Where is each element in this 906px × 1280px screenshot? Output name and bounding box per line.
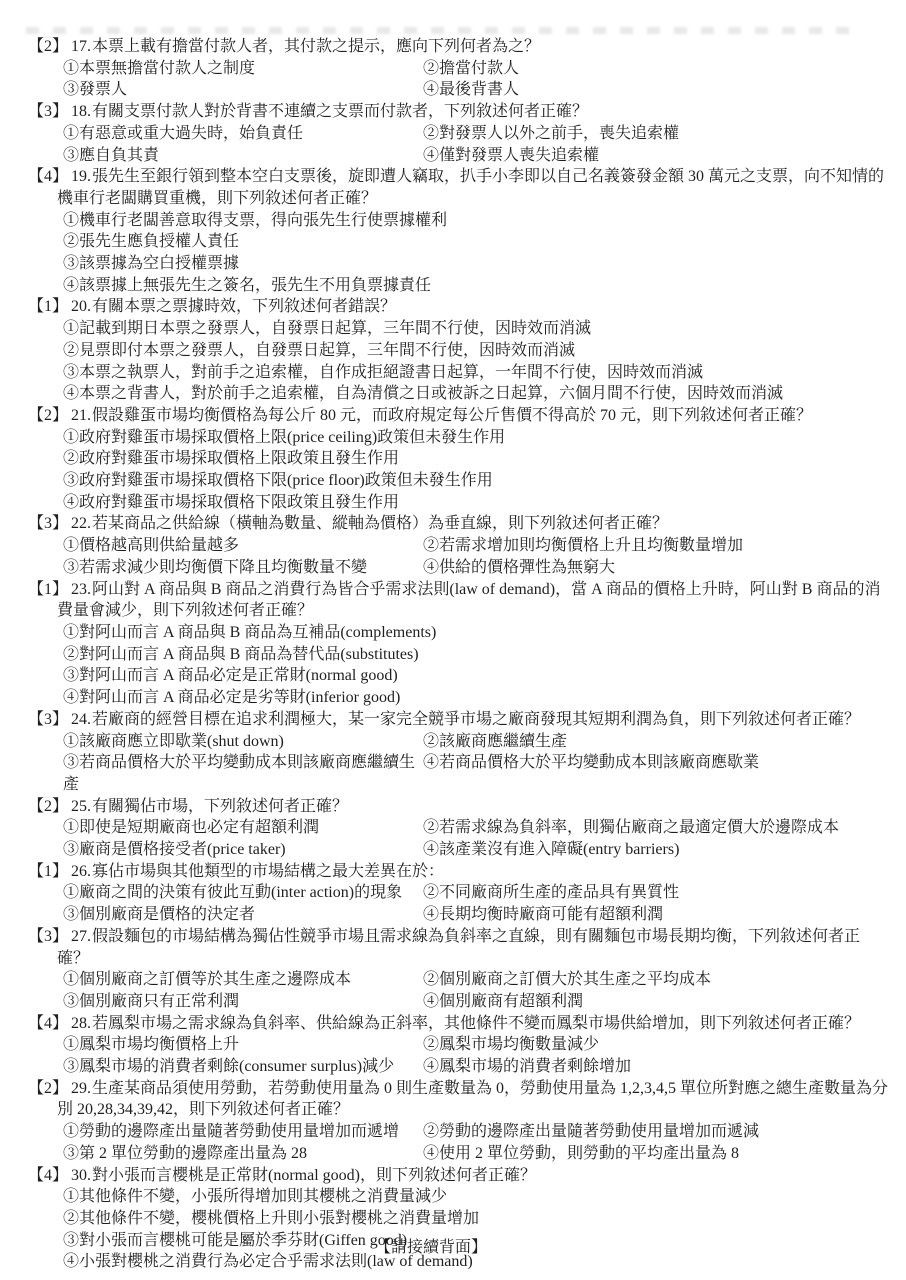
option: ④對阿山而言 A 商品必定是劣等財(inferior good): [63, 687, 400, 709]
question-number: 22.: [71, 515, 91, 532]
question-head: 【3】27.假設麵包的市場結構為獨佔性競爭市場且需求線為負斜率之直線，則有關麵包…: [28, 926, 890, 969]
option: ①鳳梨市場均衡價格上升: [63, 1034, 423, 1056]
option: ④該產業沒有進入障礙(entry barriers): [423, 839, 679, 861]
question-block: 【3】27.假設麵包的市場結構為獨佔性競爭市場且需求線為負斜率之直線，則有關麵包…: [28, 926, 890, 1013]
question-block: 【4】19.張先生至銀行領到整本空白支票後，旋即遭人竊取，扒手小李即以自己名義簽…: [28, 166, 890, 296]
option-row: ③政府對雞蛋市場採取價格下限(price floor)政策但未發生作用: [28, 470, 890, 492]
answer-key: 【2】: [28, 798, 68, 815]
question-text: 對小張而言櫻桃是正常財(normal good)，則下列敘述何者正確？: [92, 1167, 536, 1184]
question-number: 28.: [71, 1015, 91, 1032]
footer-note: 【請接續背面】: [0, 1237, 884, 1259]
option: ①本票無擔當付款人之制度: [63, 58, 423, 80]
option: ②對發票人以外之前手，喪失追索權: [423, 123, 679, 145]
question-text: 假設雞蛋市場均衡價格為每公斤 80 元，而政府規定每公斤售價不得高於 70 元，…: [92, 407, 812, 424]
question-block: 【2】25.有關獨佔市場，下列敘述何者正確？①即使是短期廠商也必定有超額利潤②若…: [28, 796, 890, 861]
question-text: 若鳳梨市場之需求線為負斜率、供給線為正斜率，其他條件不變而鳳梨市場供給增加，則下…: [92, 1015, 860, 1032]
option: ④該票據上無張先生之簽名，張先生不用負票據責任: [63, 275, 431, 297]
option-row: ③廠商是價格接受者(price taker)④該產業沒有進入障礙(entry b…: [28, 839, 890, 861]
option: ②其他條件不變，櫻桃價格上升則小張對櫻桃之消費量增加: [63, 1208, 479, 1230]
question-number: 19.: [71, 168, 91, 185]
scan-artifact: [26, 27, 856, 34]
option-row: ①政府對雞蛋市場採取價格上限(price ceiling)政策但未發生作用: [28, 427, 890, 449]
question-block: 【1】26.寡佔市場與其他類型的市場結構之最大差異在於：①廠商之間的決策有彼此互…: [28, 861, 890, 926]
question-number: 29.: [71, 1080, 91, 1097]
question-text: 本票上載有擔當付款人者，其付款之提示，應向下列何者為之？: [92, 38, 540, 55]
question-head: 【4】19.張先生至銀行領到整本空白支票後，旋即遭人竊取，扒手小李即以自己名義簽…: [28, 166, 890, 209]
option: ③對阿山而言 A 商品必定是正常財(normal good): [63, 665, 398, 687]
option: ③本票之執票人，對前手之追索權，自作成拒絕證書日起算，一年間不行使，因時效而消滅: [63, 362, 703, 384]
option: ①政府對雞蛋市場採取價格上限(price ceiling)政策但未發生作用: [63, 427, 505, 449]
option: ④本票之背書人，對於前手之追索權，自為清償之日或被訴之日起算，六個月間不行使，因…: [63, 383, 783, 405]
question-number: 23.: [71, 581, 91, 598]
question-head: 【3】24.若廠商的經營目標在追求利潤極大，某一家完全競爭市場之廠商發現其短期利…: [28, 709, 890, 731]
option: ②政府對雞蛋市場採取價格上限政策且發生作用: [63, 448, 399, 470]
question-head: 【3】18.有關支票付款人對於背書不連續之支票而付款者，下列敘述何者正確？: [28, 101, 890, 123]
option-row: ①鳳梨市場均衡價格上升②鳳梨市場均衡數量減少: [28, 1034, 890, 1056]
option-row: ④政府對雞蛋市場採取價格下限政策且發生作用: [28, 492, 890, 514]
question-number: 30.: [71, 1167, 91, 1184]
option: ④若商品價格大於平均變動成本則該廠商應歇業: [423, 752, 759, 774]
question-text: 有關支票付款人對於背書不連續之支票而付款者，下列敘述何者正確？: [92, 103, 588, 120]
question-head: 【4】28.若鳳梨市場之需求線為負斜率、供給線為正斜率，其他條件不變而鳳梨市場供…: [28, 1013, 890, 1035]
option: ③該票據為空白授權票據: [63, 253, 239, 275]
option: ④最後背書人: [423, 79, 519, 101]
option-row: ③對阿山而言 A 商品必定是正常財(normal good): [28, 665, 890, 687]
option: ③第 2 單位勞動的邊際產出量為 28: [63, 1143, 423, 1165]
option: ①對阿山而言 A 商品與 B 商品為互補品(complements): [63, 622, 436, 644]
question-block: 【1】20.有關本票之票據時效，下列敘述何者錯誤？①記載到期日本票之發票人，自發…: [28, 296, 890, 405]
option-row: ④本票之背書人，對於前手之追索權，自為清償之日或被訴之日起算，六個月間不行使，因…: [28, 383, 890, 405]
option-row: ②其他條件不變，櫻桃價格上升則小張對櫻桃之消費量增加: [28, 1208, 890, 1230]
answer-key: 【1】: [28, 298, 68, 315]
option: ③個別廠商只有正常利潤: [63, 991, 423, 1013]
question-head: 【1】23.阿山對 A 商品與 B 商品之消費行為皆合乎需求法則(law of …: [28, 579, 890, 622]
question-block: 【2】29.生產某商品須使用勞動，若勞動使用量為 0 則生產數量為 0，勞動使用…: [28, 1078, 890, 1165]
option-row: ④該票據上無張先生之簽名，張先生不用負票據責任: [28, 275, 890, 297]
option-row: ①機車行老闆善意取得支票，得向張先生行使票據權利: [28, 210, 890, 232]
option-row: ③第 2 單位勞動的邊際產出量為 28④使用 2 單位勞動，則勞動的平均產出量為…: [28, 1143, 890, 1165]
option-row: ③若需求減少則均衡價下降且均衡數量不變④供給的價格彈性為無窮大: [28, 557, 890, 579]
question-number: 20.: [71, 298, 91, 315]
option-row: ②政府對雞蛋市場採取價格上限政策且發生作用: [28, 448, 890, 470]
question-block: 【3】24.若廠商的經營目標在追求利潤極大，某一家完全競爭市場之廠商發現其短期利…: [28, 709, 890, 796]
option: ②若需求線為負斜率，則獨佔廠商之最適定價大於邊際成本: [423, 817, 839, 839]
question-text: 寡佔市場與其他類型的市場結構之最大差異在於：: [92, 863, 444, 880]
option: ②勞動的邊際產出量隨著勞動使用量增加而遞減: [423, 1121, 759, 1143]
question-list: 【2】17.本票上載有擔當付款人者，其付款之提示，應向下列何者為之？①本票無擔當…: [28, 36, 890, 1273]
question-block: 【1】23.阿山對 A 商品與 B 商品之消費行為皆合乎需求法則(law of …: [28, 579, 890, 709]
question-number: 24.: [71, 711, 91, 728]
option-row: ②對阿山而言 A 商品與 B 商品為替代品(substitutes): [28, 644, 890, 666]
answer-key: 【3】: [28, 515, 68, 532]
option-row: ②張先生應負授權人責任: [28, 231, 890, 253]
question-text: 有關本票之票據時效，下列敘述何者錯誤？: [92, 298, 396, 315]
answer-key: 【3】: [28, 103, 68, 120]
answer-key: 【2】: [28, 38, 68, 55]
option: ④使用 2 單位勞動，則勞動的平均產出量為 8: [423, 1143, 739, 1165]
option: ②鳳梨市場均衡數量減少: [423, 1034, 599, 1056]
option-row: ①廠商之間的決策有彼此互動(inter action)的現象②不同廠商所生產的產…: [28, 882, 890, 904]
option-row: ①有惡意或重大過失時，始負責任②對發票人以外之前手，喪失追索權: [28, 123, 890, 145]
option-row: ③該票據為空白授權票據: [28, 253, 890, 275]
question-head: 【1】20.有關本票之票據時效，下列敘述何者錯誤？: [28, 296, 890, 318]
question-number: 27.: [71, 928, 91, 945]
option-row: ③發票人④最後背書人: [28, 79, 890, 101]
question-head: 【2】17.本票上載有擔當付款人者，其付款之提示，應向下列何者為之？: [28, 36, 890, 58]
option: ③發票人: [63, 79, 423, 101]
option: ④僅對發票人喪失追索權: [423, 145, 599, 167]
option: ③鳳梨市場的消費者剩餘(consumer surplus)減少: [63, 1056, 423, 1078]
option: ②擔當付款人: [423, 58, 519, 80]
question-text: 生產某商品須使用勞動，若勞動使用量為 0 則生產數量為 0，勞動使用量為 1,2…: [57, 1080, 888, 1119]
option-row: ③若商品價格大於平均變動成本則該廠商應繼續生產④若商品價格大於平均變動成本則該廠…: [28, 752, 890, 795]
option: ②見票即付本票之發票人，自發票日起算，三年間不行使，因時效而消滅: [63, 340, 575, 362]
question-block: 【3】18.有關支票付款人對於背書不連續之支票而付款者，下列敘述何者正確？①有惡…: [28, 101, 890, 166]
option-row: ③鳳梨市場的消費者剩餘(consumer surplus)減少④鳳梨市場的消費者…: [28, 1056, 890, 1078]
question-text: 若廠商的經營目標在追求利潤極大，某一家完全競爭市場之廠商發現其短期利潤為負，則下…: [92, 711, 860, 728]
answer-key: 【3】: [28, 711, 68, 728]
option: ①即使是短期廠商也必定有超額利潤: [63, 817, 423, 839]
option: ③若商品價格大於平均變動成本則該廠商應繼續生產: [63, 752, 423, 795]
option: ②該廠商應繼續生產: [423, 731, 567, 753]
question-number: 18.: [71, 103, 91, 120]
option-row: ①個別廠商之訂價等於其生產之邊際成本②個別廠商之訂價大於其生產之平均成本: [28, 969, 890, 991]
question-block: 【3】22.若某商品之供給線（橫軸為數量、縱軸為價格）為垂直線，則下列敘述何者正…: [28, 513, 890, 578]
option: ④長期均衡時廠商可能有超額利潤: [423, 904, 663, 926]
option: ①勞動的邊際產出量隨著勞動使用量增加而遞增: [63, 1121, 423, 1143]
option-row: ③個別廠商是價格的決定者④長期均衡時廠商可能有超額利潤: [28, 904, 890, 926]
option-row: ③本票之執票人，對前手之追索權，自作成拒絕證書日起算，一年間不行使，因時效而消滅: [28, 362, 890, 384]
question-block: 【2】21.假設雞蛋市場均衡價格為每公斤 80 元，而政府規定每公斤售價不得高於…: [28, 405, 890, 514]
option: ①廠商之間的決策有彼此互動(inter action)的現象: [63, 882, 423, 904]
option: ③廠商是價格接受者(price taker): [63, 839, 423, 861]
option-row: ①價格越高則供給量越多②若需求增加則均衡價格上升且均衡數量增加: [28, 535, 890, 557]
question-text: 阿山對 A 商品與 B 商品之消費行為皆合乎需求法則(law of demand…: [57, 581, 880, 620]
option-row: ①本票無擔當付款人之制度②擔當付款人: [28, 58, 890, 80]
answer-key: 【2】: [28, 1080, 68, 1097]
answer-key: 【4】: [28, 1015, 68, 1032]
question-number: 21.: [71, 407, 91, 424]
option-row: ①其他條件不變，小張所得增加則其櫻桃之消費量減少: [28, 1186, 890, 1208]
question-head: 【1】26.寡佔市場與其他類型的市場結構之最大差異在於：: [28, 861, 890, 883]
answer-key: 【1】: [28, 581, 68, 598]
option: ④政府對雞蛋市場採取價格下限政策且發生作用: [63, 492, 399, 514]
question-head: 【2】29.生產某商品須使用勞動，若勞動使用量為 0 則生產數量為 0，勞動使用…: [28, 1078, 890, 1121]
answer-key: 【4】: [28, 168, 68, 185]
option-row: ①記載到期日本票之發票人，自發票日起算，三年間不行使，因時效而消滅: [28, 318, 890, 340]
question-block: 【4】28.若鳳梨市場之需求線為負斜率、供給線為正斜率，其他條件不變而鳳梨市場供…: [28, 1013, 890, 1078]
question-number: 26.: [71, 863, 91, 880]
option: ①價格越高則供給量越多: [63, 535, 423, 557]
option: ③個別廠商是價格的決定者: [63, 904, 423, 926]
option-row: ①勞動的邊際產出量隨著勞動使用量增加而遞增②勞動的邊際產出量隨著勞動使用量增加而…: [28, 1121, 890, 1143]
option-row: ①該廠商應立即歇業(shut down)②該廠商應繼續生產: [28, 731, 890, 753]
answer-key: 【2】: [28, 407, 68, 424]
answer-key: 【3】: [28, 928, 68, 945]
question-text: 假設麵包的市場結構為獨佔性競爭市場且需求線為負斜率之直線，則有關麵包市場長期均衡…: [57, 928, 860, 967]
option-row: ①即使是短期廠商也必定有超額利潤②若需求線為負斜率，則獨佔廠商之最適定價大於邊際…: [28, 817, 890, 839]
question-text: 有關獨佔市場，下列敘述何者正確？: [92, 798, 348, 815]
question-head: 【3】22.若某商品之供給線（橫軸為數量、縱軸為價格）為垂直線，則下列敘述何者正…: [28, 513, 890, 535]
option: ①其他條件不變，小張所得增加則其櫻桃之消費量減少: [63, 1186, 447, 1208]
answer-key: 【4】: [28, 1167, 68, 1184]
option-row: ①對阿山而言 A 商品與 B 商品為互補品(complements): [28, 622, 890, 644]
option: ③若需求減少則均衡價下降且均衡數量不變: [63, 557, 423, 579]
question-head: 【2】21.假設雞蛋市場均衡價格為每公斤 80 元，而政府規定每公斤售價不得高於…: [28, 405, 890, 427]
option: ①個別廠商之訂價等於其生產之邊際成本: [63, 969, 423, 991]
option: ④鳳梨市場的消費者剩餘增加: [423, 1056, 631, 1078]
question-head: 【2】25.有關獨佔市場，下列敘述何者正確？: [28, 796, 890, 818]
option: ③應自負其責: [63, 145, 423, 167]
option: ②若需求增加則均衡價格上升且均衡數量增加: [423, 535, 743, 557]
option: ②不同廠商所生產的產品具有異質性: [423, 882, 679, 904]
question-block: 【2】17.本票上載有擔當付款人者，其付款之提示，應向下列何者為之？①本票無擔當…: [28, 36, 890, 101]
option: ②張先生應負授權人責任: [63, 231, 239, 253]
question-number: 17.: [71, 38, 91, 55]
exam-page: 【2】17.本票上載有擔當付款人者，其付款之提示，應向下列何者為之？①本票無擔當…: [0, 0, 906, 1280]
question-number: 25.: [71, 798, 91, 815]
option: ①該廠商應立即歇業(shut down): [63, 731, 423, 753]
question-text: 張先生至銀行領到整本空白支票後，旋即遭人竊取，扒手小李即以自己名義簽發金額 30…: [57, 168, 884, 207]
option: ①有惡意或重大過失時，始負責任: [63, 123, 423, 145]
option-row: ③應自負其責④僅對發票人喪失追索權: [28, 145, 890, 167]
option: ①機車行老闆善意取得支票，得向張先生行使票據權利: [63, 210, 447, 232]
option-row: ③個別廠商只有正常利潤④個別廠商有超額利潤: [28, 991, 890, 1013]
option: ①記載到期日本票之發票人，自發票日起算，三年間不行使，因時效而消滅: [63, 318, 591, 340]
option: ④供給的價格彈性為無窮大: [423, 557, 615, 579]
option: ④個別廠商有超額利潤: [423, 991, 583, 1013]
option: ③政府對雞蛋市場採取價格下限(price floor)政策但未發生作用: [63, 470, 493, 492]
answer-key: 【1】: [28, 863, 68, 880]
option: ②對阿山而言 A 商品與 B 商品為替代品(substitutes): [63, 644, 419, 666]
option-row: ④對阿山而言 A 商品必定是劣等財(inferior good): [28, 687, 890, 709]
option-row: ②見票即付本票之發票人，自發票日起算，三年間不行使，因時效而消滅: [28, 340, 890, 362]
question-text: 若某商品之供給線（橫軸為數量、縱軸為價格）為垂直線，則下列敘述何者正確？: [92, 515, 668, 532]
question-head: 【4】30.對小張而言櫻桃是正常財(normal good)，則下列敘述何者正確…: [28, 1165, 890, 1187]
option: ②個別廠商之訂價大於其生產之平均成本: [423, 969, 711, 991]
